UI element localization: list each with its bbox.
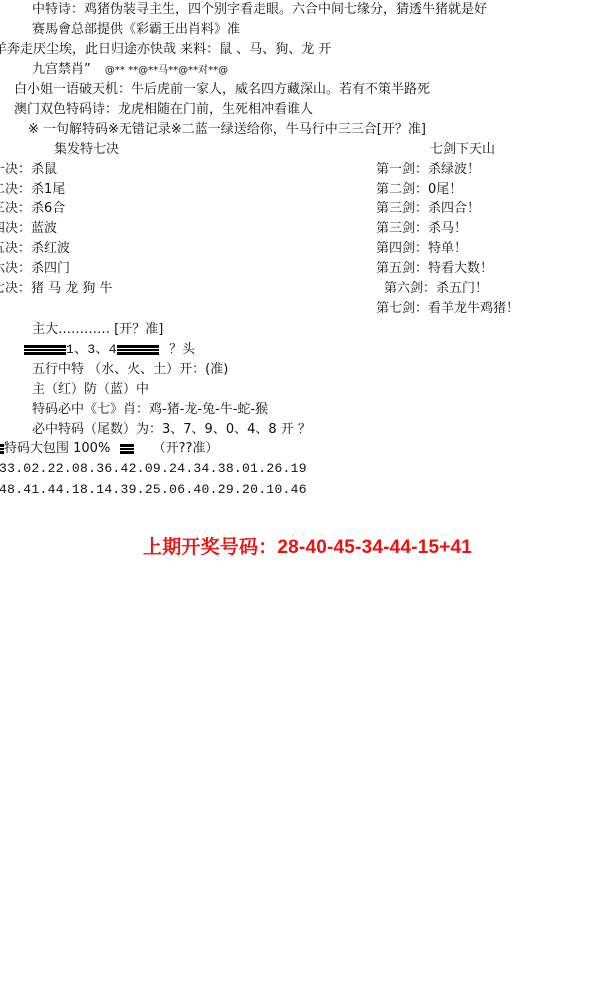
wuxing-line: 五行中特 （水、火、土）开：(准): [32, 360, 228, 380]
left-column-title: 集发特七决: [54, 140, 119, 160]
right-item-2: 第二剑：0尾！: [376, 180, 462, 200]
left-item-3: 三决：杀6合: [0, 199, 65, 219]
right-item-5: 第四剑：特单！: [376, 239, 467, 259]
nine-palace-line: 九宫禁肖” @** **@**马**@**对**@: [32, 60, 228, 81]
color-line: 主（红）防（蓝）中: [32, 380, 149, 400]
right-item-7: 第六剑：杀五门！: [384, 279, 488, 299]
right-column-title: 七剑下天山: [430, 140, 495, 160]
provider-line: 赛馬會总部提供《彩霸王出肖料》准: [32, 20, 240, 40]
left-item-4: 四决：蓝波: [0, 219, 57, 239]
tail-line: 必中特码（尾数）为：3、7、9、0、4、8 开 ？: [32, 420, 311, 440]
one-sentence-line: ※ 一句解特码※无错记录※二蓝一绿送给你，牛马行中三三合[开？准]: [28, 120, 426, 140]
bar-icon: [0, 444, 4, 454]
bar-icon: [120, 444, 134, 454]
right-item-4: 第三剑：杀马！: [376, 219, 467, 239]
right-item-3: 第三剑：杀四合！: [376, 199, 480, 219]
right-item-8: 第七剑：看羊龙牛鸡猪！: [376, 299, 519, 319]
big-range-title: 特码大包围 100%: [4, 441, 110, 456]
right-item-6: 第五剑：特看大数！: [376, 259, 493, 279]
left-item-5: 五决：杀红波: [0, 239, 70, 259]
right-item-1: 第一剑：杀绿波！: [376, 160, 480, 180]
nine-palace-label: 九宫禁肖”: [32, 62, 91, 77]
big-range-line: 特码大包围 100% （开??准）: [0, 439, 218, 459]
poem-line-3: 羊奔走厌尘埃，此日归途亦快哉 来料：鼠 、马、狗、龙 开: [0, 40, 331, 60]
numbers-row-2: 48.41.44.18.14.39.25.06.40.29.20.10.46: [0, 480, 307, 500]
left-item-7: 七决：猪 马 龙 狗 牛: [0, 279, 113, 299]
nine-palace-code: @** **@**马**@**对**@: [105, 65, 228, 76]
tou-suffix: ？头: [169, 342, 195, 357]
left-item-2: 二决：杀1尾: [0, 180, 65, 200]
macau-poem: 澳门双色特码诗：龙虎相随在门前，生死相冲看谁人: [14, 100, 313, 120]
xiaojie-poem: 白小姐一语破天机：牛后虎前一家人，威名四方藏深山。若有不策半路死: [14, 80, 430, 100]
numbers-row-1: 33.02.22.08.36.42.09.24.34.38.01.26.19: [0, 459, 307, 479]
zhuda-line: 主大………… [开？准]: [32, 320, 163, 340]
triple-bar-icon: [24, 345, 66, 355]
tou-line: 1、3、4 ？头: [24, 340, 195, 360]
last-draw-result: 上期开奖号码：28-40-45-34-44-15+41: [143, 532, 472, 559]
zhongte-poem: 中特诗：鸡猪伪装寻主生，四个别字看走眼。六合中间七缘分，猜透牛猪就是好: [32, 0, 487, 20]
left-item-1: 一决：杀鼠: [0, 160, 57, 180]
triple-bar-icon: [117, 345, 159, 355]
tou-numbers: 1、3、4: [66, 342, 117, 357]
left-item-6: 六决：杀四门: [0, 259, 70, 279]
seven-zodiac-line: 特码必中《七》肖：鸡-猪-龙-兔-牛-蛇-猴: [32, 400, 268, 420]
big-range-suffix: （开??准）: [153, 441, 219, 456]
